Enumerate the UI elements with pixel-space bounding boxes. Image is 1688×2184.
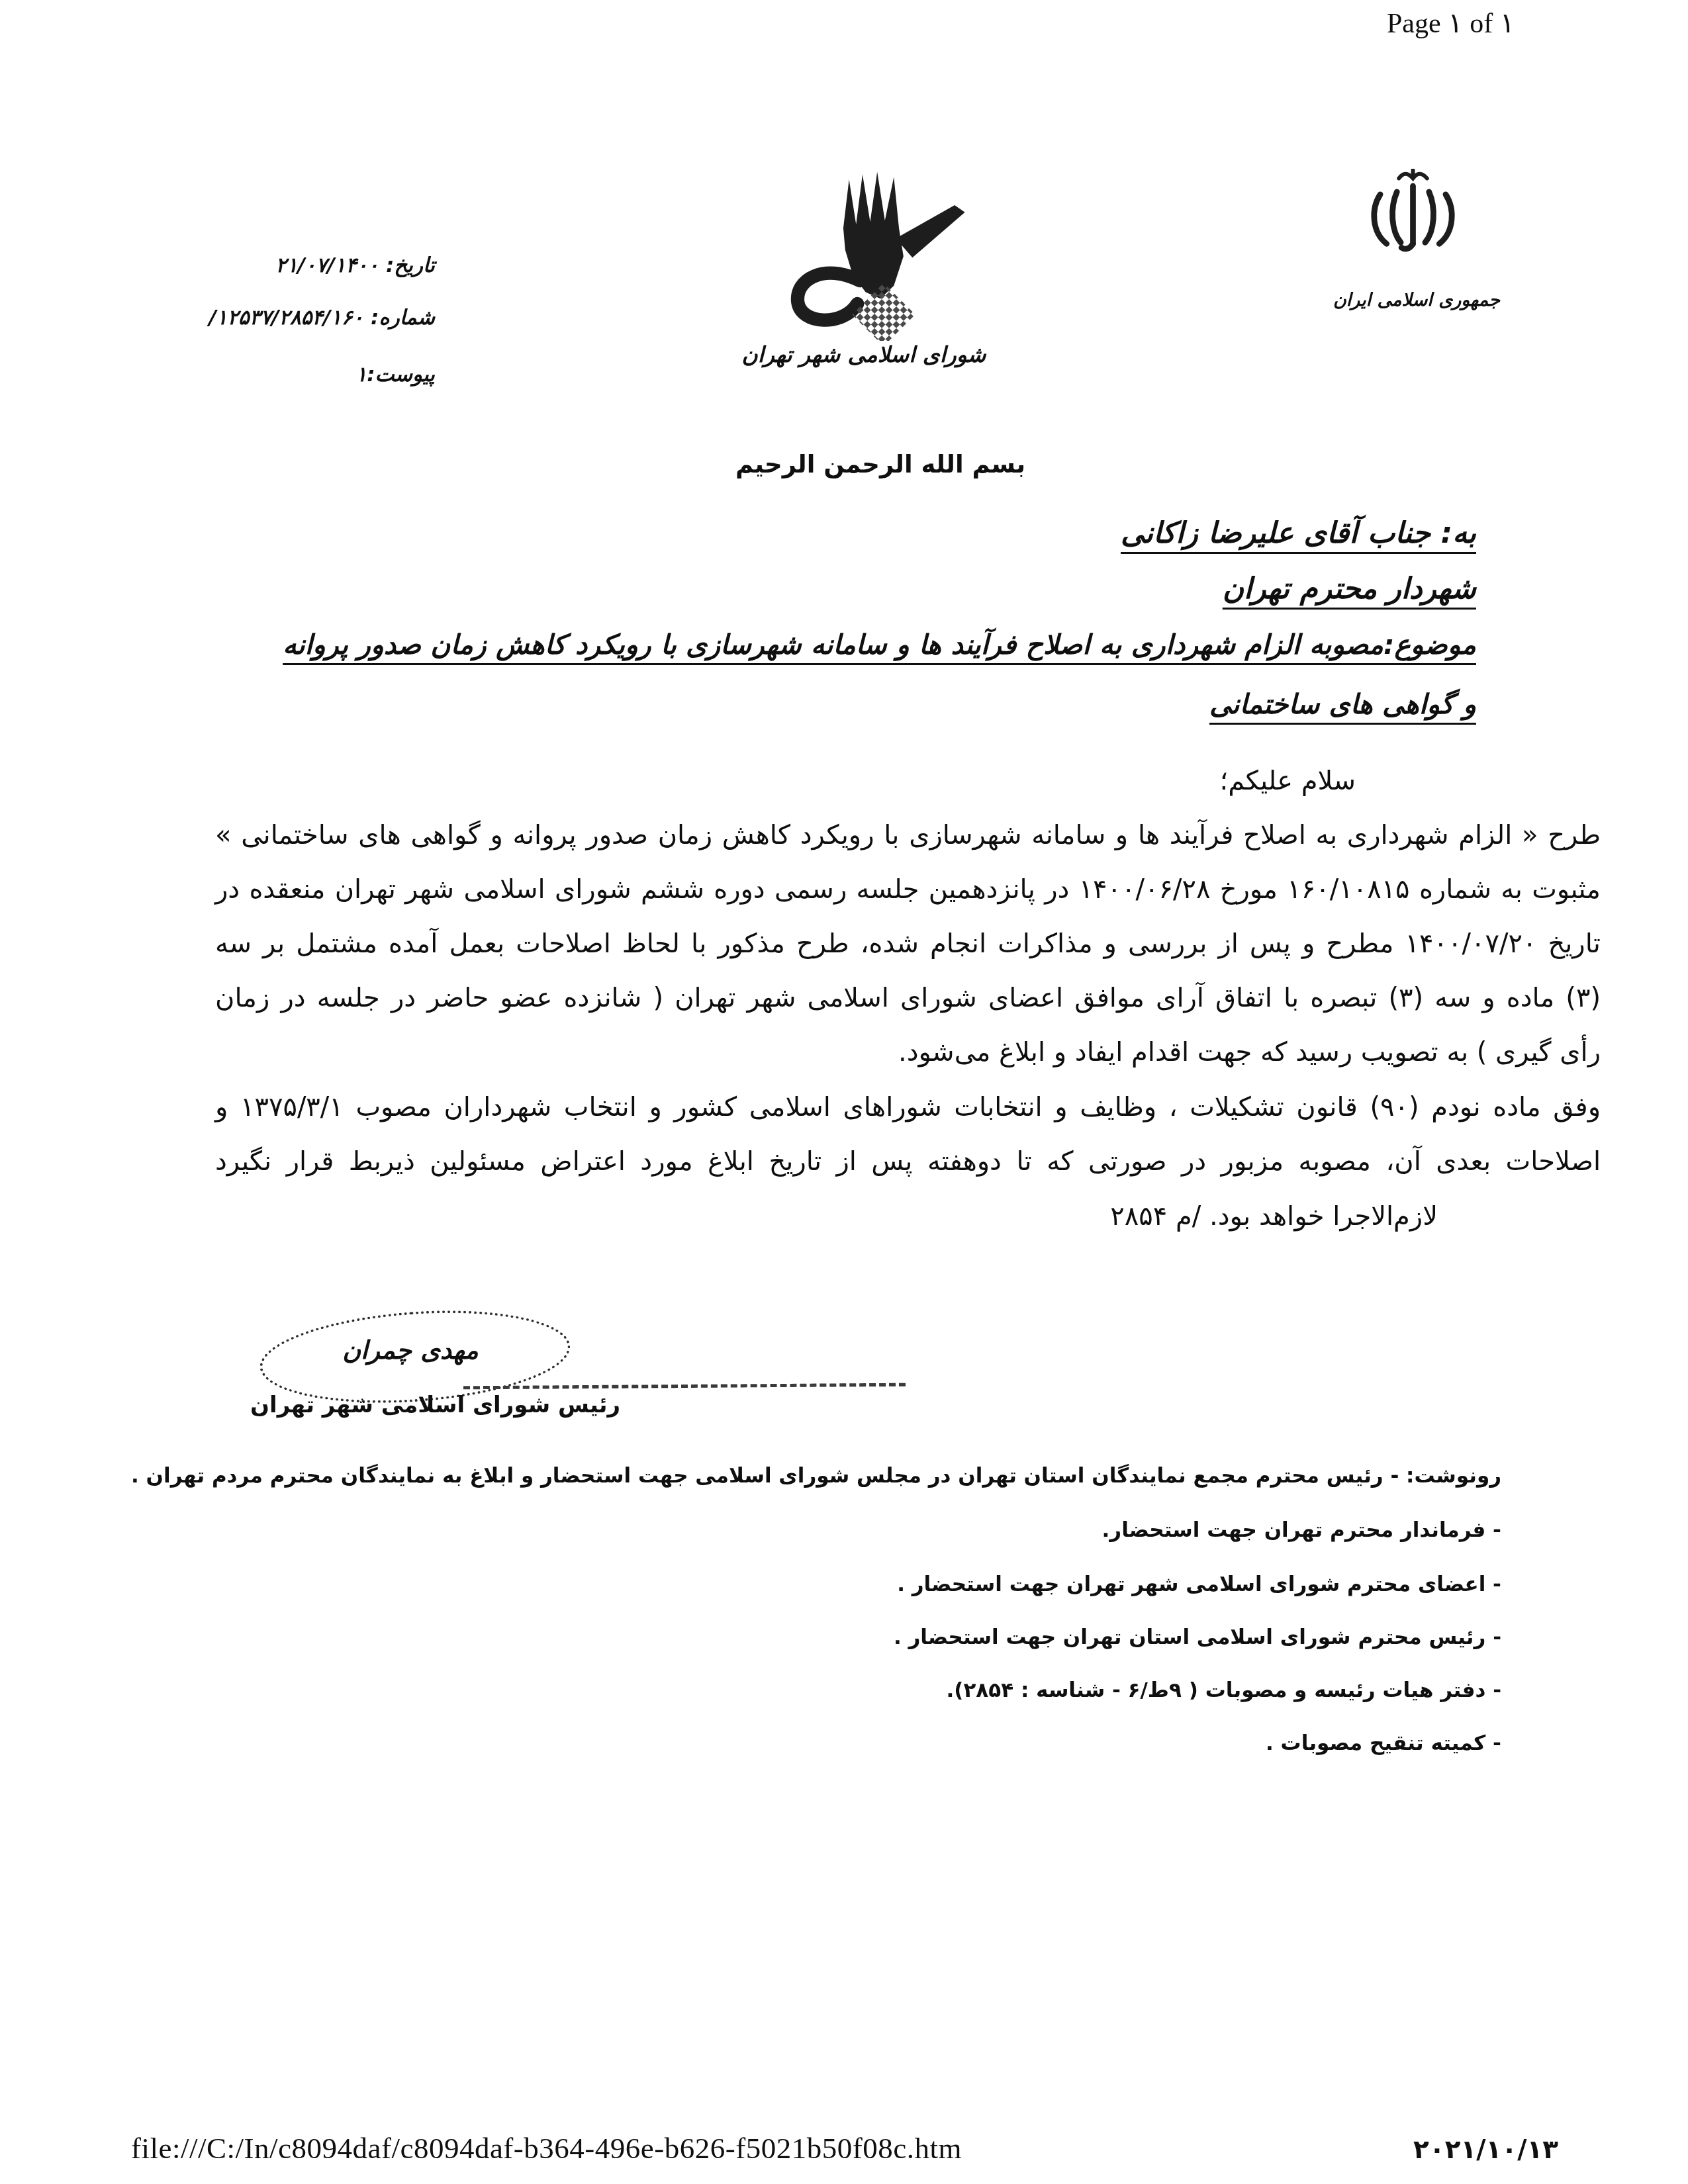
addressee-title-text: شهردار محترم تهران [1223,572,1476,606]
letter-number-value: ۱۲۵۳۷/۲۸۵۴/۱۶۰/ [209,306,363,330]
body-line: وفق ماده نودم (۹۰) قانون تشکیلات ، وظایف… [215,1089,1601,1126]
subject-line-1: موضوع:مصوبه الزام شهرداری به اصلاح فرآین… [283,629,1476,660]
letter-number-field: شماره: ۱۲۵۳۷/۲۸۵۴/۱۶۰/ [209,306,435,330]
tehran-council-logo-icon [784,165,976,341]
signature-flourish-line [463,1383,906,1390]
letter-attachment-value: ۱ [356,363,367,387]
footer-print-date: ۲۰۲۱/۱۰/۱۳ [1413,2135,1558,2165]
scanned-letter-page: Page ۱ of ۱ تاریخ: ۲۱/۰۷/۱۴۰۰ شماره: ۱۲۵… [0,0,1688,2184]
cc-line: - رئیس محترم شورای اسلامی استان تهران جه… [894,1625,1501,1649]
iran-emblem-caption: جمهوری اسلامی ایران [1314,290,1519,310]
body-line: (۳) ماده و سه (۳) تبصره با اتفاق آرای مو… [215,979,1601,1017]
cc-line: - دفتر هیات رئیسه و مصوبات ( ۹ط/۶ - شناس… [946,1678,1501,1702]
council-logo-caption: شورای اسلامی شهر تهران [725,341,1003,367]
letter-number-label: شماره: [371,306,435,330]
subject-line-2: و گواهی های ساختمانی [1209,688,1476,720]
letter-date-value: ۲۱/۰۷/۱۴۰۰ [275,253,379,277]
body-line: تاریخ ۱۴۰۰/۰۷/۲۰ مطرح و پس از بررسی و مذ… [215,925,1601,962]
addressee-title-line: شهردار محترم تهران [1223,572,1476,606]
footer-file-url: file:///C:/In/c8094daf/c8094daf-b364-496… [131,2131,962,2165]
signature-name: مهدی چمران [311,1336,510,1365]
body-line: لازم‌الاجرا خواهد بود. /م ۲۸۵۴ [1110,1198,1438,1235]
page-number-indicator: Page ۱ of ۱ [1387,7,1515,40]
letter-attachment-label: پیوست: [367,363,435,387]
addressee-to-line: به: جناب آقای علیرضا زاکانی [1121,516,1476,550]
bismillah-line: بسم الله الرحمن الرحیم [722,450,1039,478]
body-line: اصلاحات بعدی آن، مصوبه مزبور در صورتی که… [215,1143,1601,1180]
subject-line-1-text: موضوع:مصوبه الزام شهرداری به اصلاح فرآین… [283,629,1476,660]
addressee-to-text: به: جناب آقای علیرضا زاکانی [1121,516,1476,550]
body-line: رأی گیری ) به تصویب رسید که جهت اقدام ای… [898,1034,1601,1071]
body-line: مثبوت به شماره ۱۶۰/۱۰۸۱۵ مورخ ۱۴۰۰/۰۶/۲۸… [215,871,1601,908]
letter-date-label: تاریخ: [386,253,435,277]
cc-line: - فرماندار محترم تهران جهت استحضار. [1102,1518,1501,1542]
cc-line: - اعضای محترم شورای اسلامی شهر تهران جهت… [897,1572,1501,1596]
letter-attachment-field: پیوست:۱ [356,363,435,387]
salutation-line: سلام علیکم؛ [1220,762,1356,799]
cc-line: - کمیته تنقیح مصوبات . [1266,1731,1501,1755]
iran-emblem-icon [1358,169,1468,271]
letter-date-field: تاریخ: ۲۱/۰۷/۱۴۰۰ [275,253,435,277]
signature-title: رئیس شورای اسلامی شهر تهران [250,1392,620,1418]
body-line: طرح « الزام شهرداری به اصلاح فرآیند ها و… [215,817,1601,854]
subject-line-2-text: و گواهی های ساختمانی [1209,688,1476,720]
cc-line: رونوشت: - رئیس محترم مجمع نمایندگان استا… [131,1464,1501,1488]
